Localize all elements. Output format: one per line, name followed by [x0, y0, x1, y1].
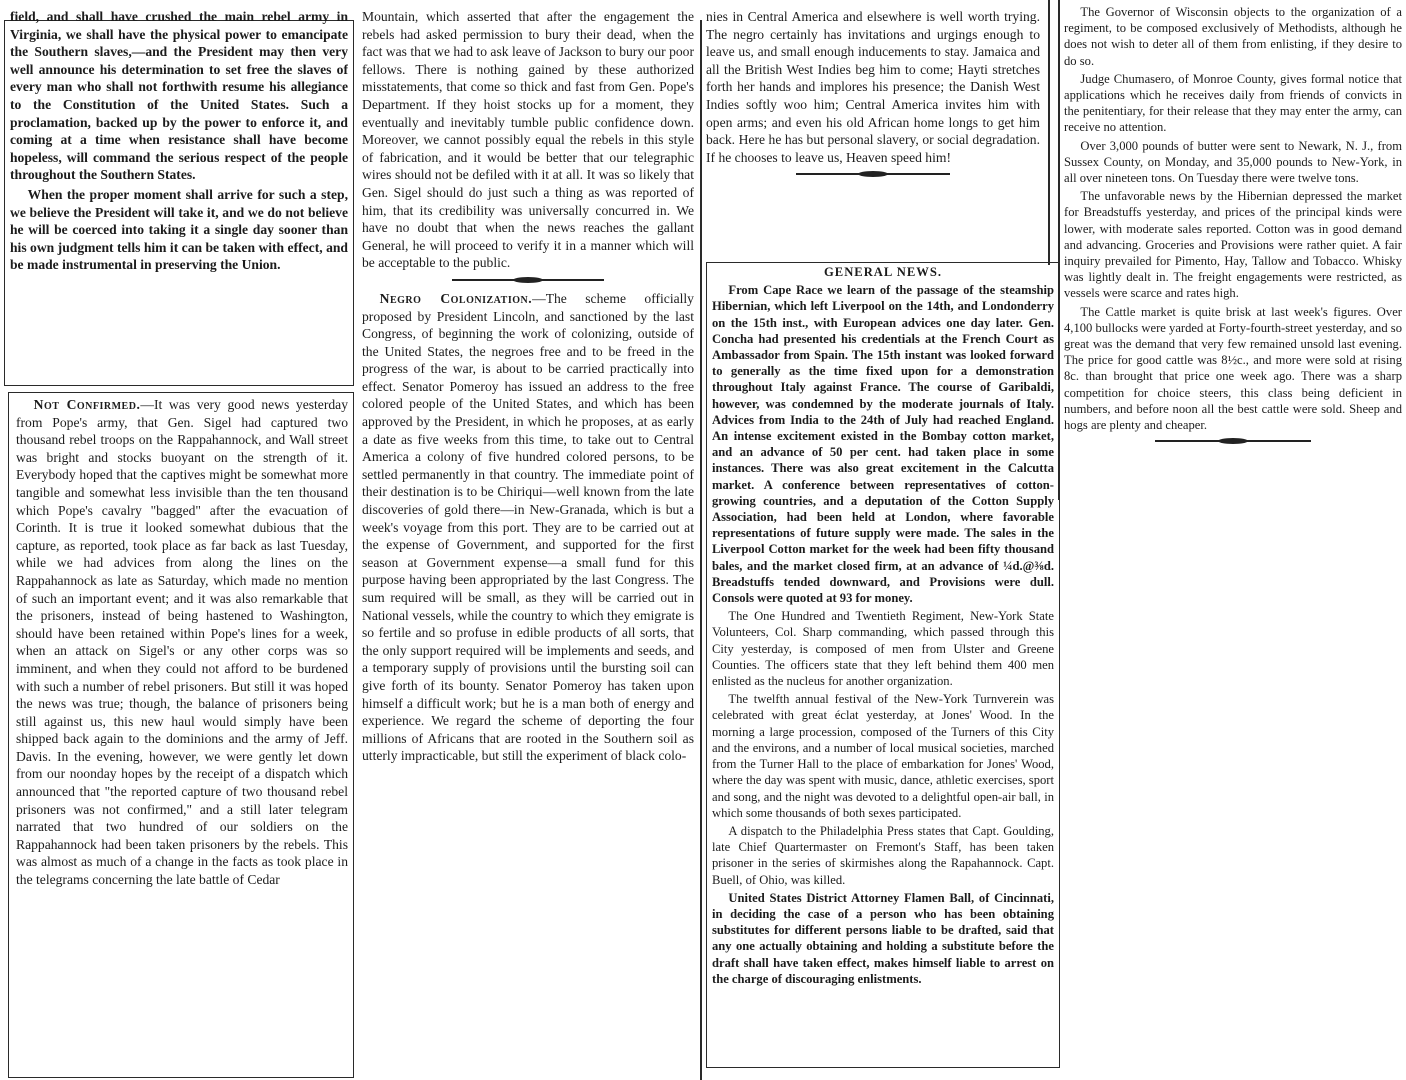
article-paragraph: Not Confirmed.—It was very good news yes…: [16, 396, 348, 889]
section-heading: GENERAL NEWS.: [712, 264, 1054, 280]
article-lead: Negro Colonization.: [380, 291, 532, 306]
column-1-top: field, and shall have crushed the main r…: [10, 8, 348, 384]
article-paragraph: A dispatch to the Philadelphia Press sta…: [712, 823, 1054, 888]
article-paragraph: The One Hundred and Twentieth Regiment, …: [712, 608, 1054, 689]
article-lead: Not Confirmed.: [34, 397, 141, 412]
column-4: The Governor of Wisconsin objects to the…: [1064, 4, 1402, 500]
article-paragraph: When the proper moment shall arrive for …: [10, 186, 348, 274]
section-divider: [452, 276, 605, 284]
column-divider: [700, 20, 702, 1080]
article-paragraph: Mountain, which asserted that after the …: [362, 8, 694, 272]
article-paragraph: From Cape Race we learn of the passage o…: [712, 282, 1054, 606]
section-divider: [1155, 437, 1310, 445]
article-paragraph: field, and shall have crushed the main r…: [10, 8, 348, 184]
section-divider: [796, 170, 950, 178]
column-3-bottom: GENERAL NEWS. From Cape Race we learn of…: [712, 264, 1054, 1064]
article-paragraph: The unfavorable news by the Hibernian de…: [1064, 188, 1402, 301]
article-paragraph: Negro Colonization.—The scheme officiall…: [362, 290, 694, 765]
article-paragraph: United States District Attorney Flamen B…: [712, 890, 1054, 987]
column-2: Mountain, which asserted that after the …: [362, 8, 694, 1080]
article-paragraph: nies in Central America and elsewhere is…: [706, 8, 1040, 166]
article-paragraph: The Governor of Wisconsin objects to the…: [1064, 4, 1402, 69]
article-paragraph: Over 3,000 pounds of butter were sent to…: [1064, 138, 1402, 187]
column-1-bottom: Not Confirmed.—It was very good news yes…: [16, 396, 348, 1076]
column-divider: [1048, 0, 1050, 265]
article-paragraph: Judge Chumasero, of Monroe County, gives…: [1064, 71, 1402, 136]
column-divider: [1058, 0, 1060, 500]
article-paragraph: The twelfth annual festival of the New-Y…: [712, 691, 1054, 821]
article-paragraph: The Cattle market is quite brisk at last…: [1064, 304, 1402, 434]
column-3-top: nies in Central America and elsewhere is…: [706, 8, 1040, 263]
